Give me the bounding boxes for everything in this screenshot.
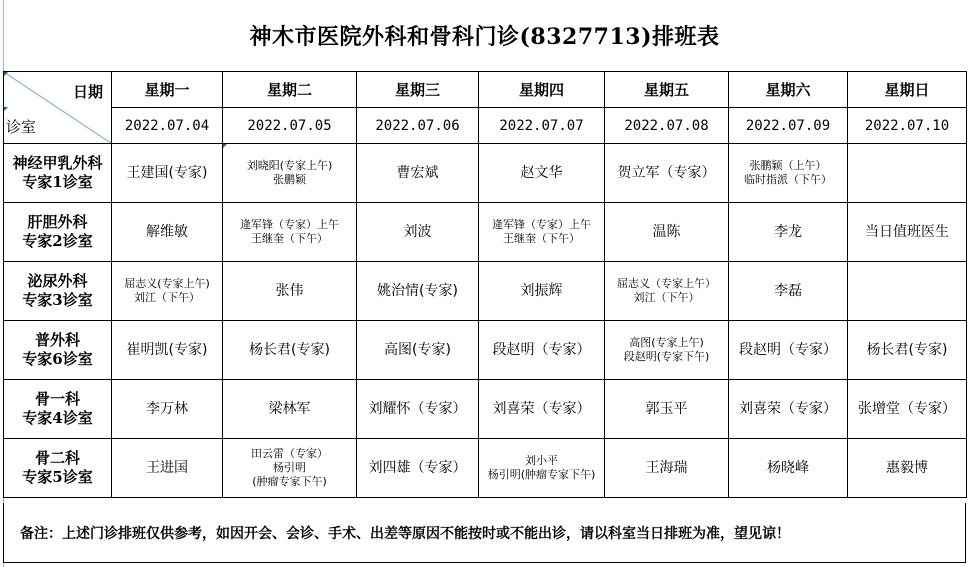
doctor-entry: 高图(专家上午) [605, 336, 728, 350]
doctor-entry: 梁林军 [223, 400, 356, 418]
weekday-fri[interactable]: 星期五 [605, 72, 729, 108]
department-name: 肝胆外科 [4, 213, 111, 232]
schedule-cell-sat[interactable]: 张鹏颖（上午）临时指派（下午） [729, 144, 848, 203]
schedule-cell-thu[interactable]: 刘振辉 [479, 262, 605, 321]
schedule-cell-sat[interactable]: 段赵明（专家） [729, 321, 848, 380]
date-sat[interactable]: 2022.07.09 [729, 108, 848, 144]
department-name: 骨二科 [4, 449, 111, 468]
schedule-row: 骨一科专家4诊室李万林梁林军刘耀怀（专家）刘喜荣（专家）郭玉平刘喜荣（专家）张增… [4, 380, 967, 439]
doctor-entry: (肿瘤专家下午) [223, 475, 356, 489]
schedule-row: 泌尿外科专家3诊室屈志义(专家上午)刘江（下午）张伟姚治情(专家)刘振辉屈志义（… [4, 262, 967, 321]
weekday-mon[interactable]: 星期一 [112, 72, 223, 108]
schedule-cell-fri[interactable]: 高图(专家上午)段赵明(专家下午) [605, 321, 729, 380]
schedule-cell-mon[interactable]: 崔明凯(专家) [112, 321, 223, 380]
schedule-cell-sat[interactable]: 李龙 [729, 203, 848, 262]
doctor-entry: 王进国 [112, 459, 222, 477]
room-name: 专家6诊室 [4, 350, 111, 369]
schedule-cell-sun[interactable]: 惠毅博 [848, 439, 967, 498]
doctor-entry: 杨引明 [223, 461, 356, 475]
doctor-entry: 王继奎（下午） [479, 232, 604, 246]
schedule-cell-tue[interactable]: 刘晓阳(专家上午)张鹏颖 [223, 144, 357, 203]
doctor-entry: 刘小平 [479, 454, 604, 468]
date-wed[interactable]: 2022.07.06 [357, 108, 479, 144]
room-name: 专家5诊室 [4, 468, 111, 487]
weekday-header-row: 日期 诊室 星期一 星期二 星期三 星期四 星期五 星期六 星期日 [4, 72, 967, 108]
schedule-cell-tue[interactable]: 逄军锋（专家）上午王继奎（下午） [223, 203, 357, 262]
comment-indicator-icon [223, 144, 227, 148]
doctor-entry: 赵文华 [479, 164, 604, 182]
schedule-cell-sun[interactable]: 杨长君(专家) [848, 321, 967, 380]
doctor-entry: 李万林 [112, 400, 222, 418]
doctor-entry: 杨晓峰 [729, 459, 847, 477]
doctor-entry: 张伟 [223, 282, 356, 300]
corner-date-label: 日期 [73, 81, 103, 102]
doctor-entry: 贺立军（专家） [605, 164, 728, 182]
schedule-cell-thu[interactable]: 刘喜荣（专家） [479, 380, 605, 439]
date-sun[interactable]: 2022.07.10 [848, 108, 967, 144]
department-name: 神经甲乳外科 [4, 154, 111, 173]
schedule-cell-thu[interactable]: 赵文华 [479, 144, 605, 203]
doctor-entry: 刘晓阳(专家上午) [223, 159, 356, 173]
schedule-cell-mon[interactable]: 李万林 [112, 380, 223, 439]
schedule-cell-sat[interactable]: 李磊 [729, 262, 848, 321]
schedule-cell-thu[interactable]: 逄军锋（专家）上午王继奎（下午） [479, 203, 605, 262]
doctor-entry: 刘江（下午） [605, 291, 728, 305]
doctor-entry: 刘喜荣（专家） [729, 400, 847, 418]
doctor-entry: 王海瑞 [605, 459, 728, 477]
doctor-entry: 曹宏斌 [357, 164, 478, 182]
weekday-wed[interactable]: 星期三 [357, 72, 479, 108]
department-name: 泌尿外科 [4, 272, 111, 291]
doctor-entry: 刘振辉 [479, 282, 604, 300]
schedule-cell-thu[interactable]: 段赵明（专家） [479, 321, 605, 380]
doctor-entry: 临时指派（下午） [729, 173, 847, 187]
doctor-entry: 刘四雄（专家） [357, 459, 478, 477]
doctor-entry: 段赵明（专家） [729, 341, 847, 359]
schedule-cell-mon[interactable]: 解维敏 [112, 203, 223, 262]
doctor-entry: 杨长君(专家) [223, 341, 356, 359]
room-name: 专家3诊室 [4, 291, 111, 310]
schedule-cell-wed[interactable]: 姚治情(专家) [357, 262, 479, 321]
doctor-entry: 当日值班医生 [848, 223, 966, 241]
schedule-cell-thu[interactable]: 刘小平杨引明(肿瘤专家下午) [479, 439, 605, 498]
schedule-cell-sun[interactable] [848, 262, 967, 321]
schedule-cell-fri[interactable]: 贺立军（专家） [605, 144, 729, 203]
doctor-entry: 逄军锋（专家）上午 [479, 218, 604, 232]
weekday-sat[interactable]: 星期六 [729, 72, 848, 108]
schedule-cell-wed[interactable]: 刘耀怀（专家） [357, 380, 479, 439]
schedule-cell-sat[interactable]: 杨晓峰 [729, 439, 848, 498]
schedule-cell-wed[interactable]: 刘波 [357, 203, 479, 262]
schedule-row: 骨二科专家5诊室王进国田云雷（专家）杨引明(肿瘤专家下午)刘四雄（专家）刘小平杨… [4, 439, 967, 498]
weekday-tue[interactable]: 星期二 [223, 72, 357, 108]
doctor-entry: 郭玉平 [605, 400, 728, 418]
schedule-cell-wed[interactable]: 高图(专家) [357, 321, 479, 380]
doctor-entry: 田云雷（专家） [223, 447, 356, 461]
schedule-row: 神经甲乳外科专家1诊室王建国(专家)刘晓阳(专家上午)张鹏颖曹宏斌赵文华贺立军（… [4, 144, 967, 203]
doctor-entry: 刘耀怀（专家） [357, 400, 478, 418]
schedule-row: 肝胆外科专家2诊室解维敏逄军锋（专家）上午王继奎（下午）刘波逄军锋（专家）上午王… [4, 203, 967, 262]
schedule-row: 普外科专家6诊室崔明凯(专家)杨长君(专家)高图(专家)段赵明（专家）高图(专家… [4, 321, 967, 380]
doctor-entry: 李龙 [729, 223, 847, 241]
schedule-cell-tue[interactable]: 杨长君(专家) [223, 321, 357, 380]
page-title: 神木市医院外科和骨科门诊(8327713)排班表 [3, 0, 966, 71]
doctor-entry: 刘喜荣（专家） [479, 400, 604, 418]
schedule-cell-mon[interactable]: 屈志义(专家上午)刘江（下午） [112, 262, 223, 321]
weekday-sun[interactable]: 星期日 [848, 72, 967, 108]
comment-indicator-icon [4, 72, 8, 76]
corner-room-label: 诊室 [6, 116, 36, 137]
doctor-entry: 李磊 [729, 282, 847, 300]
room-header-cell[interactable]: 泌尿外科专家3诊室 [4, 262, 112, 321]
doctor-entry: 杨引明(肿瘤专家下午) [479, 468, 604, 482]
schedule-cell-sun[interactable]: 张增堂（专家） [848, 380, 967, 439]
comment-indicator-icon [4, 107, 8, 111]
doctor-entry: 解维敏 [112, 223, 222, 241]
doctor-entry: 崔明凯(专家) [112, 341, 222, 359]
schedule-cell-tue[interactable]: 梁林军 [223, 380, 357, 439]
doctor-entry: 逄军锋（专家）上午 [223, 218, 356, 232]
department-name: 骨一科 [4, 390, 111, 409]
room-header-cell[interactable]: 肝胆外科专家2诊室 [4, 203, 112, 262]
schedule-table: 日期 诊室 星期一 星期二 星期三 星期四 星期五 星期六 星期日 2022.0… [3, 71, 967, 498]
schedule-cell-fri[interactable]: 郭玉平 [605, 380, 729, 439]
footnote: 备注：上述门诊排班仅供参考，如因开会、会诊、手术、出差等原因不能按时或不能出诊，… [3, 503, 966, 563]
footnote-text: 备注：上述门诊排班仅供参考，如因开会、会诊、手术、出差等原因不能按时或不能出诊，… [20, 523, 790, 543]
doctor-entry: 屈志义(专家上午) [112, 277, 222, 291]
doctor-entry: 杨长君(专家) [848, 341, 966, 359]
schedule-cell-fri[interactable]: 温陈 [605, 203, 729, 262]
date-mon[interactable]: 2022.07.04 [112, 108, 223, 144]
schedule-cell-fri[interactable]: 王海瑞 [605, 439, 729, 498]
schedule-cell-wed[interactable]: 刘四雄（专家） [357, 439, 479, 498]
doctor-entry: 王建国(专家) [112, 164, 222, 182]
date-tue[interactable]: 2022.07.05 [223, 108, 357, 144]
doctor-entry: 刘江（下午） [112, 291, 222, 305]
schedule-cell-mon[interactable]: 王建国(专家) [112, 144, 223, 203]
room-name: 专家4诊室 [4, 409, 111, 428]
room-header-cell[interactable]: 神经甲乳外科专家1诊室 [4, 144, 112, 203]
date-thu[interactable]: 2022.07.07 [479, 108, 605, 144]
doctor-entry: 段赵明(专家下午) [605, 350, 728, 364]
doctor-entry: 姚治情(专家) [357, 282, 478, 300]
room-header-cell[interactable]: 骨一科专家4诊室 [4, 380, 112, 439]
room-header-cell[interactable]: 骨二科专家5诊室 [4, 439, 112, 498]
doctor-entry: 惠毅博 [848, 459, 966, 477]
doctor-entry: 王继奎（下午） [223, 232, 356, 246]
doctor-entry: 屈志义（专家上午） [605, 277, 728, 291]
date-header-row: 2022.07.04 2022.07.05 2022.07.06 2022.07… [4, 108, 967, 144]
schedule-cell-sun[interactable]: 当日值班医生 [848, 203, 967, 262]
corner-header-cell[interactable]: 日期 诊室 [4, 72, 112, 144]
room-header-cell[interactable]: 普外科专家6诊室 [4, 321, 112, 380]
doctor-entry: 张鹏颖（上午） [729, 159, 847, 173]
doctor-entry: 刘波 [357, 223, 478, 241]
schedule-cell-sun[interactable] [848, 144, 967, 203]
date-fri[interactable]: 2022.07.08 [605, 108, 729, 144]
room-name: 专家2诊室 [4, 232, 111, 251]
doctor-entry: 张鹏颖 [223, 173, 356, 187]
weekday-thu[interactable]: 星期四 [479, 72, 605, 108]
room-name: 专家1诊室 [4, 173, 111, 192]
schedule-cell-sat[interactable]: 刘喜荣（专家） [729, 380, 848, 439]
schedule-cell-tue[interactable]: 张伟 [223, 262, 357, 321]
department-name: 普外科 [4, 331, 111, 350]
schedule-cell-wed[interactable]: 曹宏斌 [357, 144, 479, 203]
doctor-entry: 温陈 [605, 223, 728, 241]
doctor-entry: 张增堂（专家） [848, 400, 966, 418]
schedule-cell-tue[interactable]: 田云雷（专家）杨引明(肿瘤专家下午) [223, 439, 357, 498]
doctor-entry: 高图(专家) [357, 341, 478, 359]
schedule-cell-fri[interactable]: 屈志义（专家上午）刘江（下午） [605, 262, 729, 321]
schedule-cell-mon[interactable]: 王进国 [112, 439, 223, 498]
doctor-entry: 段赵明（专家） [479, 341, 604, 359]
